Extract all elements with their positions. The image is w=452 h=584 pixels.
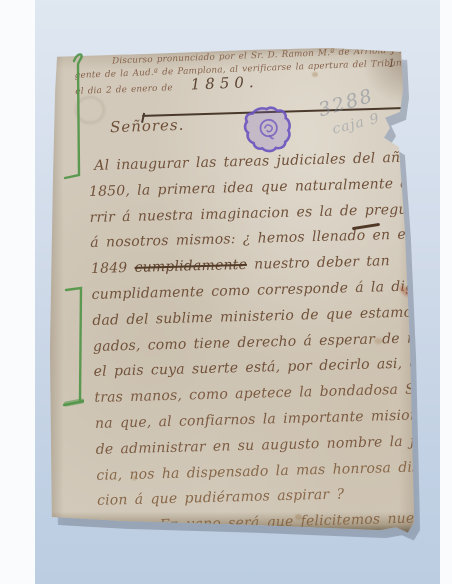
salutation: Señores.: [110, 116, 185, 137]
page-number: 1: [388, 57, 395, 70]
strike-pre: 1849: [91, 260, 135, 277]
foxing-spot: [132, 476, 137, 481]
header-date-year: 1850.: [190, 73, 259, 94]
strike-post: nuestro deber tan: [247, 253, 390, 273]
foxing-spot: [295, 514, 302, 520]
green-binding-thread: [44, 48, 84, 458]
manuscript-paper: Discurso pronunciado por el Sr. D. Ramon…: [47, 48, 419, 536]
photo-backdrop: Discurso pronunciado por el Sr. D. Ramon…: [35, 0, 440, 584]
green-thread-bottom: [64, 288, 84, 405]
green-thread-top: [65, 55, 82, 179]
header-annotation: Discurso pronunciado por el Sr. D. Ramon…: [74, 45, 387, 99]
struck-word: cumplidamente: [134, 257, 247, 276]
stamp-shield-outline: [243, 106, 292, 154]
manuscript-body-text: Al inaugurar las tareas judiciales del a…: [88, 146, 414, 541]
header-date-prefix: el dia 2 de enero de: [75, 83, 173, 97]
foxing-spot: [374, 338, 383, 344]
foxing-spot: [312, 72, 318, 77]
green-thread-knot: [66, 401, 82, 404]
